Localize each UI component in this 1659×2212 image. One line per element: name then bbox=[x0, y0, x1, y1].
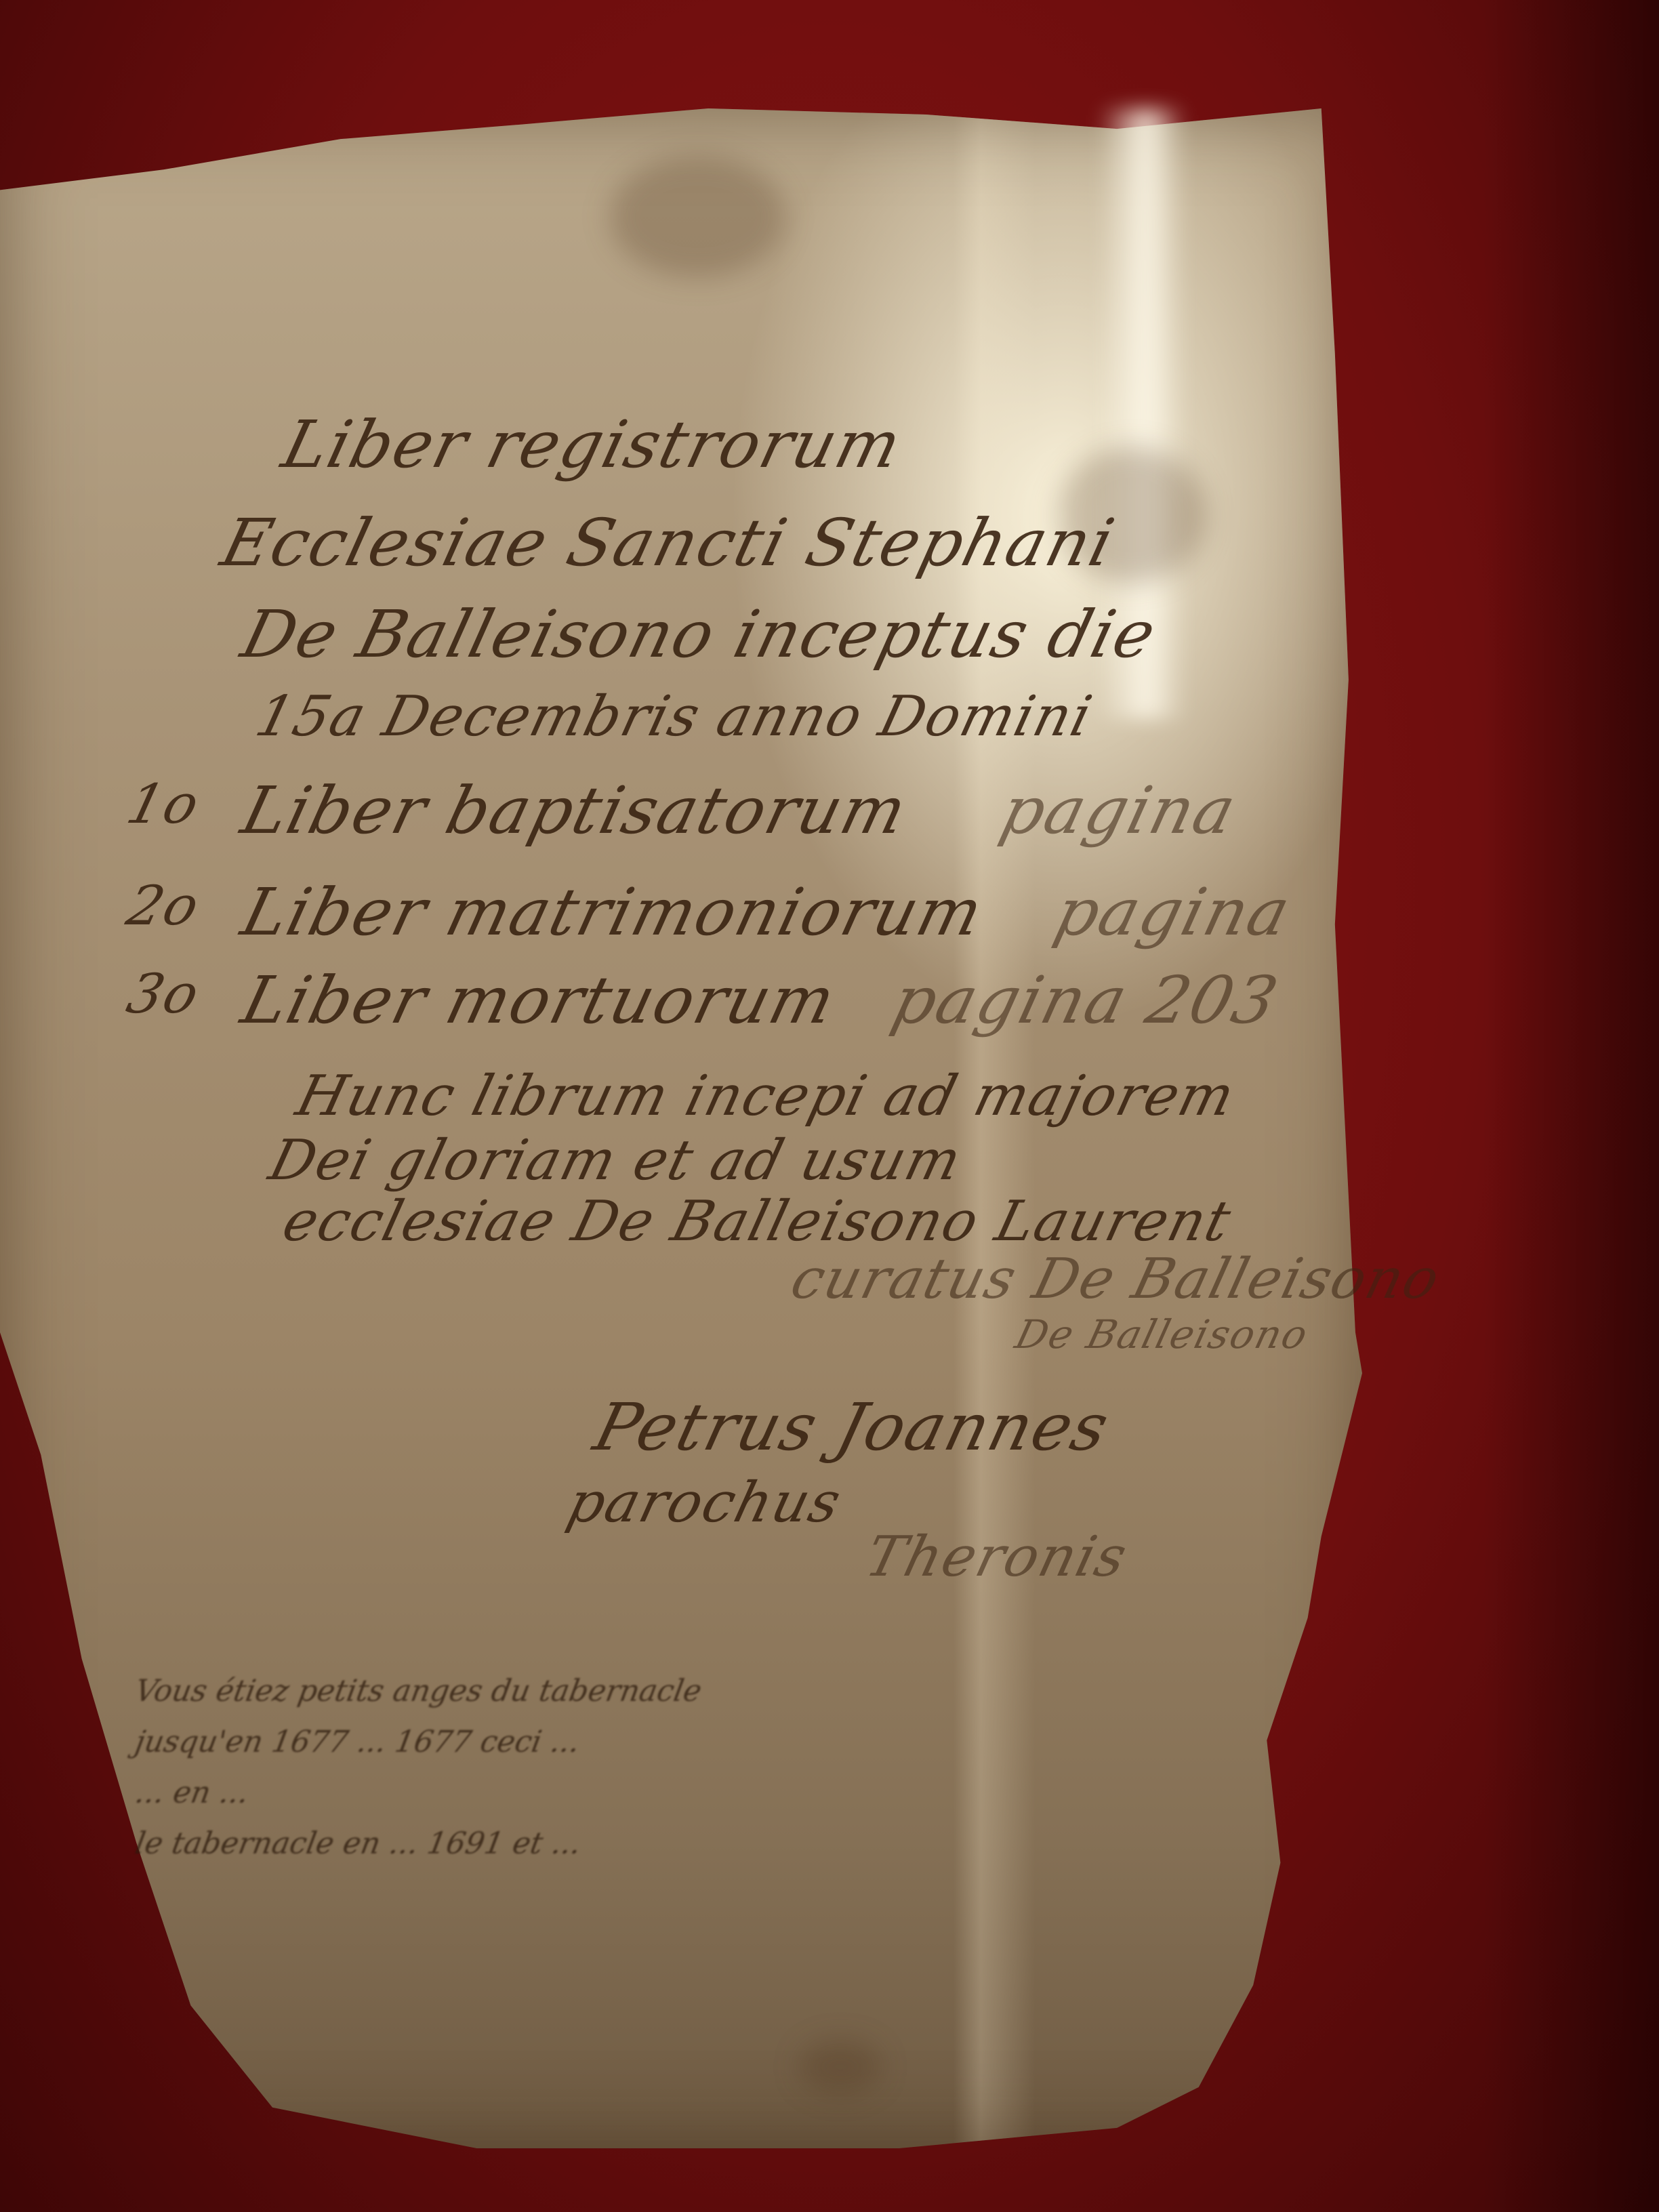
signature-1-line-2: De Balleisono bbox=[1011, 1311, 1313, 1357]
header-line-4: 15a Decembris anno Domini bbox=[249, 684, 1099, 749]
footnote-line: jusqu'en 1677 ... 1677 ceci ... bbox=[133, 1725, 583, 1759]
footnote-line: ... en ... bbox=[133, 1776, 251, 1810]
index-page: pagina 203 bbox=[885, 962, 1286, 1038]
header-line-1: Liber registrorum bbox=[275, 407, 909, 483]
signature-2-line-3: Theronis bbox=[859, 1525, 1134, 1589]
header-line-2: Ecclesiae Sancti Stephani bbox=[214, 505, 1122, 581]
statement-line-2: Dei gloriam et ad usum bbox=[263, 1128, 968, 1193]
index-label: Liber mortuorum bbox=[234, 962, 844, 1038]
signature-2-line-1: Petrus Joannes bbox=[587, 1389, 1117, 1465]
signature-1-line-1: curatus De Balleisono bbox=[785, 1247, 1447, 1311]
footnote-line: le tabernacle en ... 1691 et ... bbox=[133, 1826, 583, 1861]
index-page: pagina bbox=[994, 773, 1244, 848]
signature-2-line-2: parochus bbox=[561, 1471, 848, 1535]
stain bbox=[610, 156, 786, 278]
header-line-3: De Balleisono inceptus die bbox=[234, 596, 1164, 672]
index-page: pagina bbox=[1048, 874, 1298, 950]
statement-line-1: Hunc librum incepi ad majorem bbox=[290, 1064, 1242, 1128]
index-label: Liber matrimoniorum bbox=[234, 874, 991, 950]
index-label: Liber baptisatorum bbox=[234, 773, 915, 848]
photo-background: { "document": { "language": "Latin", "he… bbox=[0, 0, 1659, 2212]
frame-shadow bbox=[1483, 0, 1659, 2212]
statement-line-3: ecclesiae De Balleisono Laurent bbox=[276, 1189, 1238, 1254]
footnote-line: Vous étiez petits anges du tabernacle bbox=[133, 1674, 705, 1708]
stain bbox=[800, 2040, 881, 2094]
